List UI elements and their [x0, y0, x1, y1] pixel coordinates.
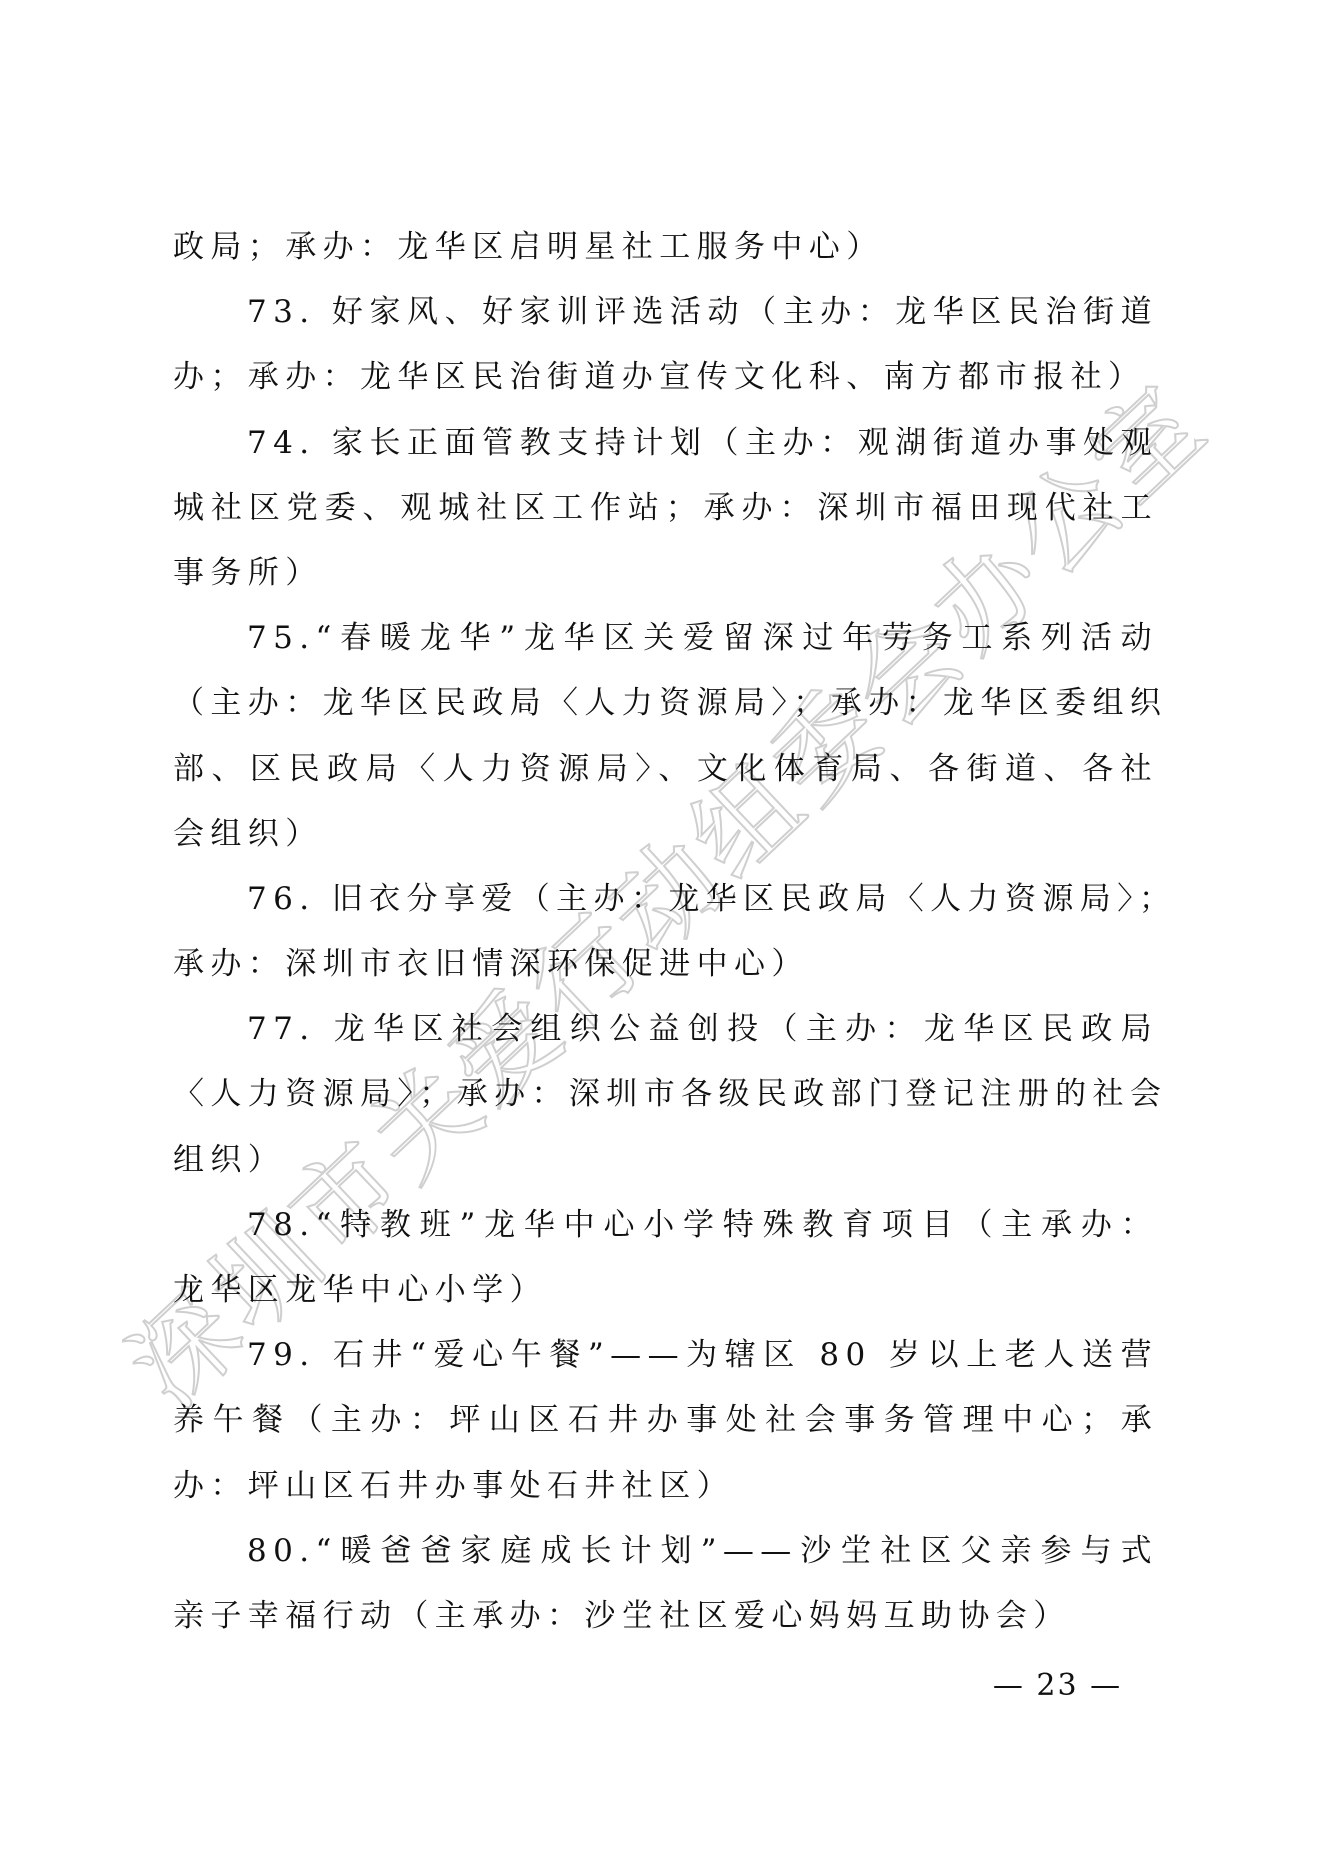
body-text: 政局；承办：龙华区启明星社工服务中心）73. 好家风、好家训评选活动（主办：龙华…	[173, 215, 1158, 1649]
text-line: 龙华区龙华中心小学）	[173, 1258, 1158, 1323]
text-line: 政局；承办：龙华区启明星社工服务中心）	[173, 215, 1158, 280]
list-item-start-line: 79. 石井“爱心午餐”——为辖区 80 岁以上老人送营	[173, 1323, 1158, 1388]
list-item-start-line: 75.“春暖龙华”龙华区关爱留深过年劳务工系列活动	[173, 606, 1158, 671]
text-line: 会组织）	[173, 802, 1158, 867]
text-line: 办：坪山区石井办事处石井社区）	[173, 1454, 1158, 1519]
page-number: — 23 —	[985, 1668, 1130, 1704]
list-item-start-line: 78.“特教班”龙华中心小学特殊教育项目（主承办：	[173, 1193, 1158, 1258]
list-item-start-line: 73. 好家风、好家训评选活动（主办：龙华区民治街道	[173, 280, 1158, 345]
list-item-start-line: 80.“暖爸爸家庭成长计划”——沙坣社区父亲参与式	[173, 1519, 1158, 1584]
text-line: 亲子幸福行动（主承办：沙坣社区爱心妈妈互助协会）	[173, 1584, 1158, 1649]
text-line: 事务所）	[173, 541, 1158, 606]
text-line: 办；承办：龙华区民治街道办宣传文化科、南方都市报社）	[173, 345, 1158, 410]
list-item-start-line: 77. 龙华区社会组织公益创投（主办：龙华区民政局	[173, 997, 1158, 1062]
document-page: 深圳市关爱行动组委会办公室 政局；承办：龙华区启明星社工服务中心）73. 好家风…	[0, 0, 1323, 1871]
text-line: 养午餐（主办：坪山区石井办事处社会事务管理中心；承	[173, 1388, 1158, 1453]
list-item-start-line: 74. 家长正面管教支持计划（主办：观湖街道办事处观	[173, 411, 1158, 476]
text-line: 部、区民政局〈人力资源局〉、文化体育局、各街道、各社	[173, 737, 1158, 802]
text-line: （主办：龙华区民政局〈人力资源局〉；承办：龙华区委组织	[173, 671, 1158, 736]
text-line: 城社区党委、观城社区工作站；承办：深圳市福田现代社工	[173, 476, 1158, 541]
text-line: 承办：深圳市衣旧情深环保促进中心）	[173, 932, 1158, 997]
text-line: 〈人力资源局〉；承办：深圳市各级民政部门登记注册的社会	[173, 1062, 1158, 1127]
text-line: 组织）	[173, 1128, 1158, 1193]
list-item-start-line: 76. 旧衣分享爱（主办：龙华区民政局〈人力资源局〉；	[173, 867, 1158, 932]
